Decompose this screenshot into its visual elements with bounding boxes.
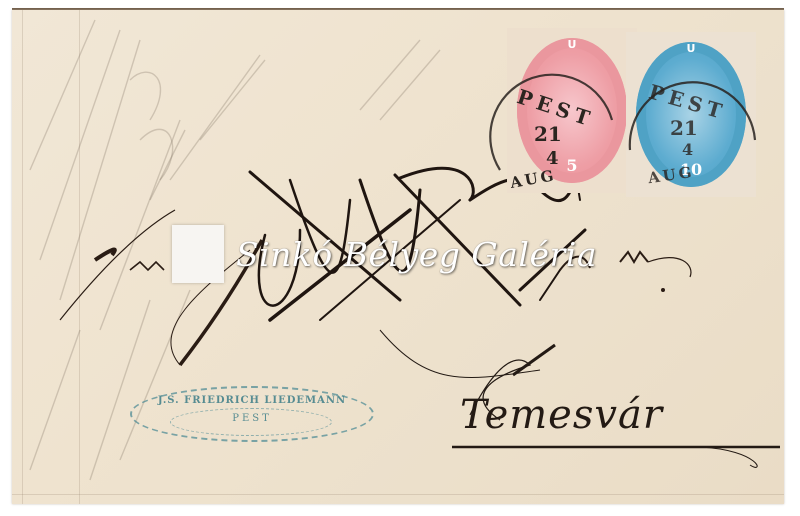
watermark-text: Sinkó Bélyeg Galéria: [236, 235, 597, 274]
destination-city: Temesvár: [460, 392, 663, 438]
sender-name: J.S. FRIEDRICH LIEDEMANN: [132, 395, 372, 406]
watermark: Sinkó Bélyeg Galéria: [172, 225, 597, 283]
postmark-day: 21: [670, 116, 698, 140]
postmark-month: 4: [682, 140, 693, 159]
postmark-day: 21: [534, 122, 562, 146]
sender-cachet: J.S. FRIEDRICH LIEDEMANN PEST: [130, 386, 374, 442]
stamp-icon: [172, 225, 224, 283]
cachet-inner-ring: [170, 408, 332, 436]
